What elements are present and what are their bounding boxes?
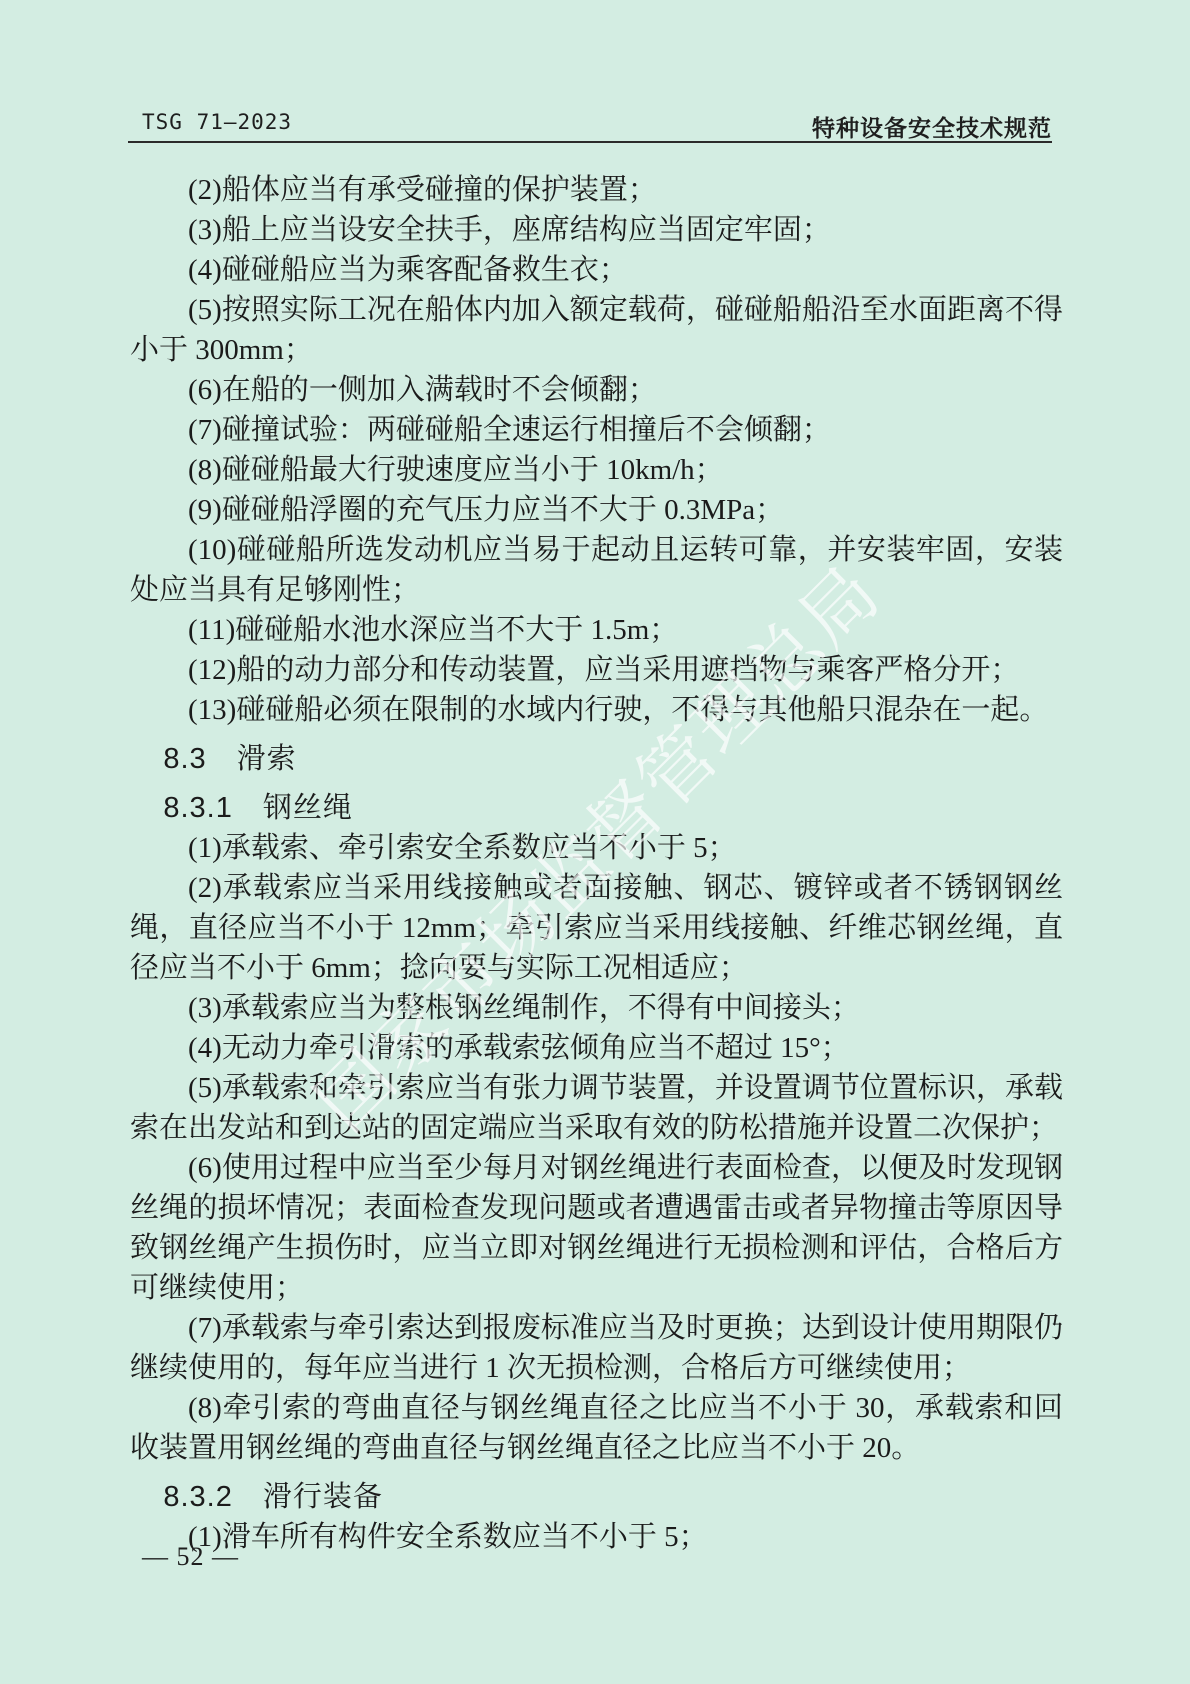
paragraph: (6)使用过程中应当至少每月对钢丝绳进行表面检查，以便及时发现钢丝绳的损坏情况；… xyxy=(130,1148,1063,1308)
paragraph: (11)碰碰船水池水深应当不大于 1.5m； xyxy=(130,610,1063,650)
paragraph: (8)牵引索的弯曲直径与钢丝绳直径之比应当不小于 30，承载索和回收装置用钢丝绳… xyxy=(130,1388,1063,1468)
header-document-code: TSG 71—2023 xyxy=(142,110,292,134)
paragraph: (2)船体应当有承受碰撞的保护装置； xyxy=(130,170,1063,210)
paragraph: (2)承载索应当采用线接触或者面接触、钢芯、镀锌或者不锈钢钢丝绳，直径应当不小于… xyxy=(130,868,1063,988)
section-heading: 8.3.2 滑行装备 xyxy=(130,1477,1063,1517)
paragraph: (7)碰撞试验：两碰碰船全速运行相撞后不会倾翻； xyxy=(130,410,1063,450)
paragraph: (8)碰碰船最大行驶速度应当小于 10km/h； xyxy=(130,450,1063,490)
document-page: TSG 71—2023 特种设备安全技术规范 (2)船体应当有承受碰撞的保护装置… xyxy=(0,0,1190,1684)
paragraph: (7)承载索与牵引索达到报废标准应当及时更换；达到设计使用期限仍继续使用的，每年… xyxy=(130,1308,1063,1388)
paragraph: (10)碰碰船所选发动机应当易于起动且运转可靠，并安装牢固，安装处应当具有足够刚… xyxy=(130,530,1063,610)
paragraph: (5)承载索和牵引索应当有张力调节装置，并设置调节位置标识，承载索在出发站和到达… xyxy=(130,1068,1063,1148)
section-heading: 8.3 滑索 xyxy=(130,739,1063,779)
paragraph: (12)船的动力部分和传动装置，应当采用遮挡物与乘客严格分开； xyxy=(130,650,1063,690)
paragraph: (13)碰碰船必须在限制的水域内行驶，不得与其他船只混杂在一起。 xyxy=(130,690,1063,730)
paragraph: (1)承载索、牵引索安全系数应当不小于 5； xyxy=(130,828,1063,868)
paragraph: (3)承载索应当为整根钢丝绳制作，不得有中间接头； xyxy=(130,988,1063,1028)
paragraph: (3)船上应当设安全扶手，座席结构应当固定牢固； xyxy=(130,210,1063,250)
content: (2)船体应当有承受碰撞的保护装置；(3)船上应当设安全扶手，座席结构应当固定牢… xyxy=(130,170,1063,1557)
paragraph: (1)滑车所有构件安全系数应当不小于 5； xyxy=(130,1517,1063,1557)
paragraph: (9)碰碰船浮圈的充气压力应当不大于 0.3MPa； xyxy=(130,490,1063,530)
header-rule xyxy=(128,141,1052,143)
paragraph: (5)按照实际工况在船体内加入额定载荷，碰碰船船沿至水面距离不得小于 300mm… xyxy=(130,290,1063,370)
section-heading: 8.3.1 钢丝绳 xyxy=(130,788,1063,828)
page-number: — 52 — xyxy=(142,1542,239,1572)
paragraph: (4)无动力牵引滑索的承载索弦倾角应当不超过 15°； xyxy=(130,1028,1063,1068)
header-document-title: 特种设备安全技术规范 xyxy=(812,110,1052,143)
paragraph: (6)在船的一侧加入满载时不会倾翻； xyxy=(130,370,1063,410)
paragraph: (4)碰碰船应当为乘客配备救生衣； xyxy=(130,250,1063,290)
